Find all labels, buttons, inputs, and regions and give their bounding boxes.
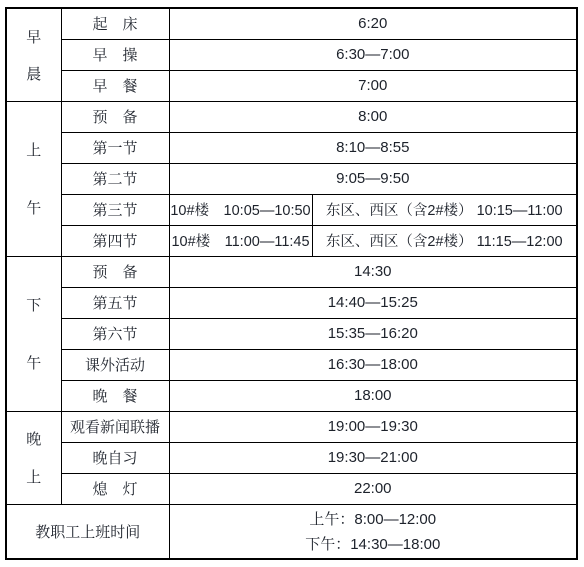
activity-cell: 晚 餐 — [61, 380, 169, 411]
time-cell-east-west: 东区、西区（含2#楼） 11:15—12:00 — [312, 225, 577, 256]
staff-hours-label-cell: 教职工上班时间 — [6, 504, 169, 559]
activity-cell: 熄 灯 — [61, 473, 169, 504]
section-label-forenoon: 上 午 — [7, 102, 61, 255]
activity-cell: 第五节 — [61, 287, 169, 318]
time-cell: 8:10—8:55 — [169, 132, 577, 163]
activity-cell: 第六节 — [61, 318, 169, 349]
table-row: 上 午 预 备 8:00 — [6, 101, 577, 132]
staff-hours-morning: 上午：8:00—12:00 — [170, 508, 577, 529]
staff-hours-times: 上午：8:00—12:00 下午：14:30—18:00 — [170, 505, 577, 558]
time-cell: 16:30—18:00 — [169, 349, 577, 380]
activity-cell: 预 备 — [61, 256, 169, 287]
section-char: 下 — [26, 294, 41, 315]
schedule-page: 早 晨 起 床 6:20 早 操 6:30—7:00 早 餐 7:00 上 午 … — [0, 0, 584, 567]
activity-cell: 观看新闻联播 — [61, 411, 169, 442]
table-row-staff-hours: 教职工上班时间 上午：8:00—12:00 下午：14:30—18:00 — [6, 504, 577, 559]
time-cell: 19:30—21:00 — [169, 442, 577, 473]
time-cell: 9:05—9:50 — [169, 163, 577, 194]
staff-hours-afternoon: 下午：14:30—18:00 — [170, 533, 577, 554]
table-row: 下 午 预 备 14:30 — [6, 256, 577, 287]
table-row: 早 晨 起 床 6:20 — [6, 8, 577, 39]
staff-hours-times-cell: 上午：8:00—12:00 下午：14:30—18:00 — [169, 504, 577, 559]
activity-cell: 起 床 — [61, 8, 169, 39]
section-char: 上 — [26, 466, 41, 487]
table-row: 晚自习 19:30—21:00 — [6, 442, 577, 473]
activity-cell: 晚自习 — [61, 442, 169, 473]
time-cell: 22:00 — [169, 473, 577, 504]
section-label-evening: 晚 上 — [7, 412, 61, 503]
section-cell-forenoon: 上 午 — [6, 101, 61, 256]
activity-cell: 早 餐 — [61, 70, 169, 101]
activity-cell: 预 备 — [61, 101, 169, 132]
section-char: 晨 — [26, 63, 41, 84]
table-row: 熄 灯 22:00 — [6, 473, 577, 504]
time-cell-building10: 10#楼 10:05—10:50 — [169, 194, 312, 225]
section-char: 午 — [26, 352, 41, 373]
time-cell-building10: 10#楼 11:00—11:45 — [169, 225, 312, 256]
time-cell: 6:30—7:00 — [169, 39, 577, 70]
time-cell-east-west: 东区、西区（含2#楼） 10:15—11:00 — [312, 194, 577, 225]
table-row: 课外活动 16:30—18:00 — [6, 349, 577, 380]
section-char: 晚 — [26, 428, 41, 449]
time-cell: 14:40—15:25 — [169, 287, 577, 318]
section-label-afternoon: 下 午 — [7, 257, 61, 410]
table-row: 第二节 9:05—9:50 — [6, 163, 577, 194]
table-row: 早 餐 7:00 — [6, 70, 577, 101]
activity-cell: 第一节 — [61, 132, 169, 163]
time-cell: 15:35—16:20 — [169, 318, 577, 349]
schedule-table: 早 晨 起 床 6:20 早 操 6:30—7:00 早 餐 7:00 上 午 … — [5, 7, 578, 560]
section-cell-afternoon: 下 午 — [6, 256, 61, 411]
section-char: 早 — [26, 26, 41, 47]
table-row: 早 操 6:30—7:00 — [6, 39, 577, 70]
section-cell-evening: 晚 上 — [6, 411, 61, 504]
time-cell: 19:00—19:30 — [169, 411, 577, 442]
activity-cell: 第三节 — [61, 194, 169, 225]
time-cell: 7:00 — [169, 70, 577, 101]
table-row: 晚 餐 18:00 — [6, 380, 577, 411]
time-cell: 6:20 — [169, 8, 577, 39]
section-cell-morning: 早 晨 — [6, 8, 61, 101]
table-row: 第四节 10#楼 11:00—11:45 东区、西区（含2#楼） 11:15—1… — [6, 225, 577, 256]
section-label-morning: 早 晨 — [7, 9, 61, 100]
section-char: 午 — [26, 197, 41, 218]
table-row: 第三节 10#楼 10:05—10:50 东区、西区（含2#楼） 10:15—1… — [6, 194, 577, 225]
table-row: 第六节 15:35—16:20 — [6, 318, 577, 349]
activity-cell: 课外活动 — [61, 349, 169, 380]
table-row: 第一节 8:10—8:55 — [6, 132, 577, 163]
activity-cell: 第四节 — [61, 225, 169, 256]
time-cell: 8:00 — [169, 101, 577, 132]
table-row: 晚 上 观看新闻联播 19:00—19:30 — [6, 411, 577, 442]
section-char: 上 — [26, 139, 41, 160]
activity-cell: 早 操 — [61, 39, 169, 70]
table-row: 第五节 14:40—15:25 — [6, 287, 577, 318]
activity-cell: 第二节 — [61, 163, 169, 194]
time-cell: 14:30 — [169, 256, 577, 287]
time-cell: 18:00 — [169, 380, 577, 411]
